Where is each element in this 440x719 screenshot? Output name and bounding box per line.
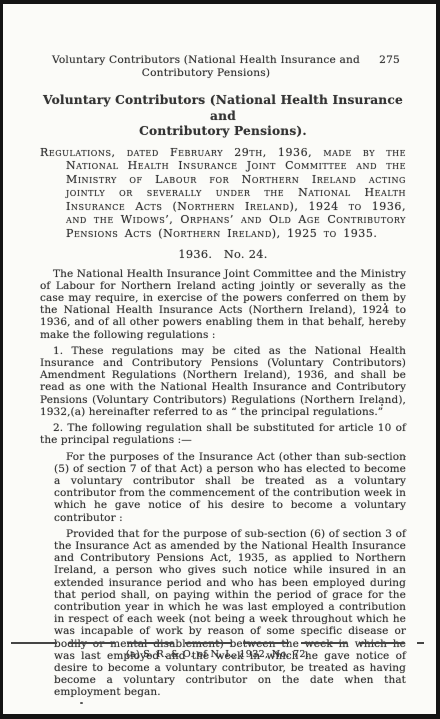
dust-speck (384, 303, 386, 305)
running-header-line2: Contributory Pensions) (142, 67, 270, 79)
intro-paragraph: The National Health Insurance Joint Comm… (40, 268, 406, 341)
regulation-2-intro-paragraph: 2. The following regulation shall be sub… (40, 422, 406, 446)
running-header: Voluntary Contributors (National Health … (40, 54, 406, 80)
document-title: Voluntary Contributors (National Health … (40, 93, 406, 140)
footnote-citation: (a) S. R. & O. of N. I., 1932, No. 72. (11, 649, 424, 660)
document-title-line2: Contributory Pensions). (139, 124, 307, 138)
footnote-block: (a) S. R. & O. of N. I., 1932, No. 72. (11, 642, 424, 660)
regulations-preamble: Regulations, dated February 29th, 1936, … (40, 146, 406, 241)
dust-speck (80, 702, 83, 704)
statutory-rule-citation: 1936. No. 24. (40, 248, 406, 261)
document-title-line1: Voluntary Contributors (National Health … (43, 93, 403, 123)
page-number: 275 (379, 54, 400, 67)
regulation-2-substituted-text: For the purposes of the Insurance Act (o… (54, 451, 406, 524)
dust-speck (405, 456, 406, 457)
footnote-separator-rule (11, 642, 424, 644)
dust-speck (381, 404, 383, 406)
scan-border-frame: Voluntary Contributors (National Health … (0, 0, 440, 719)
running-header-line1: Voluntary Contributors (National Health … (52, 54, 360, 66)
regulation-1-paragraph: 1. These regulations may be cited as the… (40, 345, 406, 418)
document-page: Voluntary Contributors (National Health … (3, 4, 436, 714)
regulation-2-proviso: Provided that for the purpose of sub-sec… (54, 528, 406, 699)
running-header-text: Voluntary Contributors (National Health … (50, 54, 362, 80)
